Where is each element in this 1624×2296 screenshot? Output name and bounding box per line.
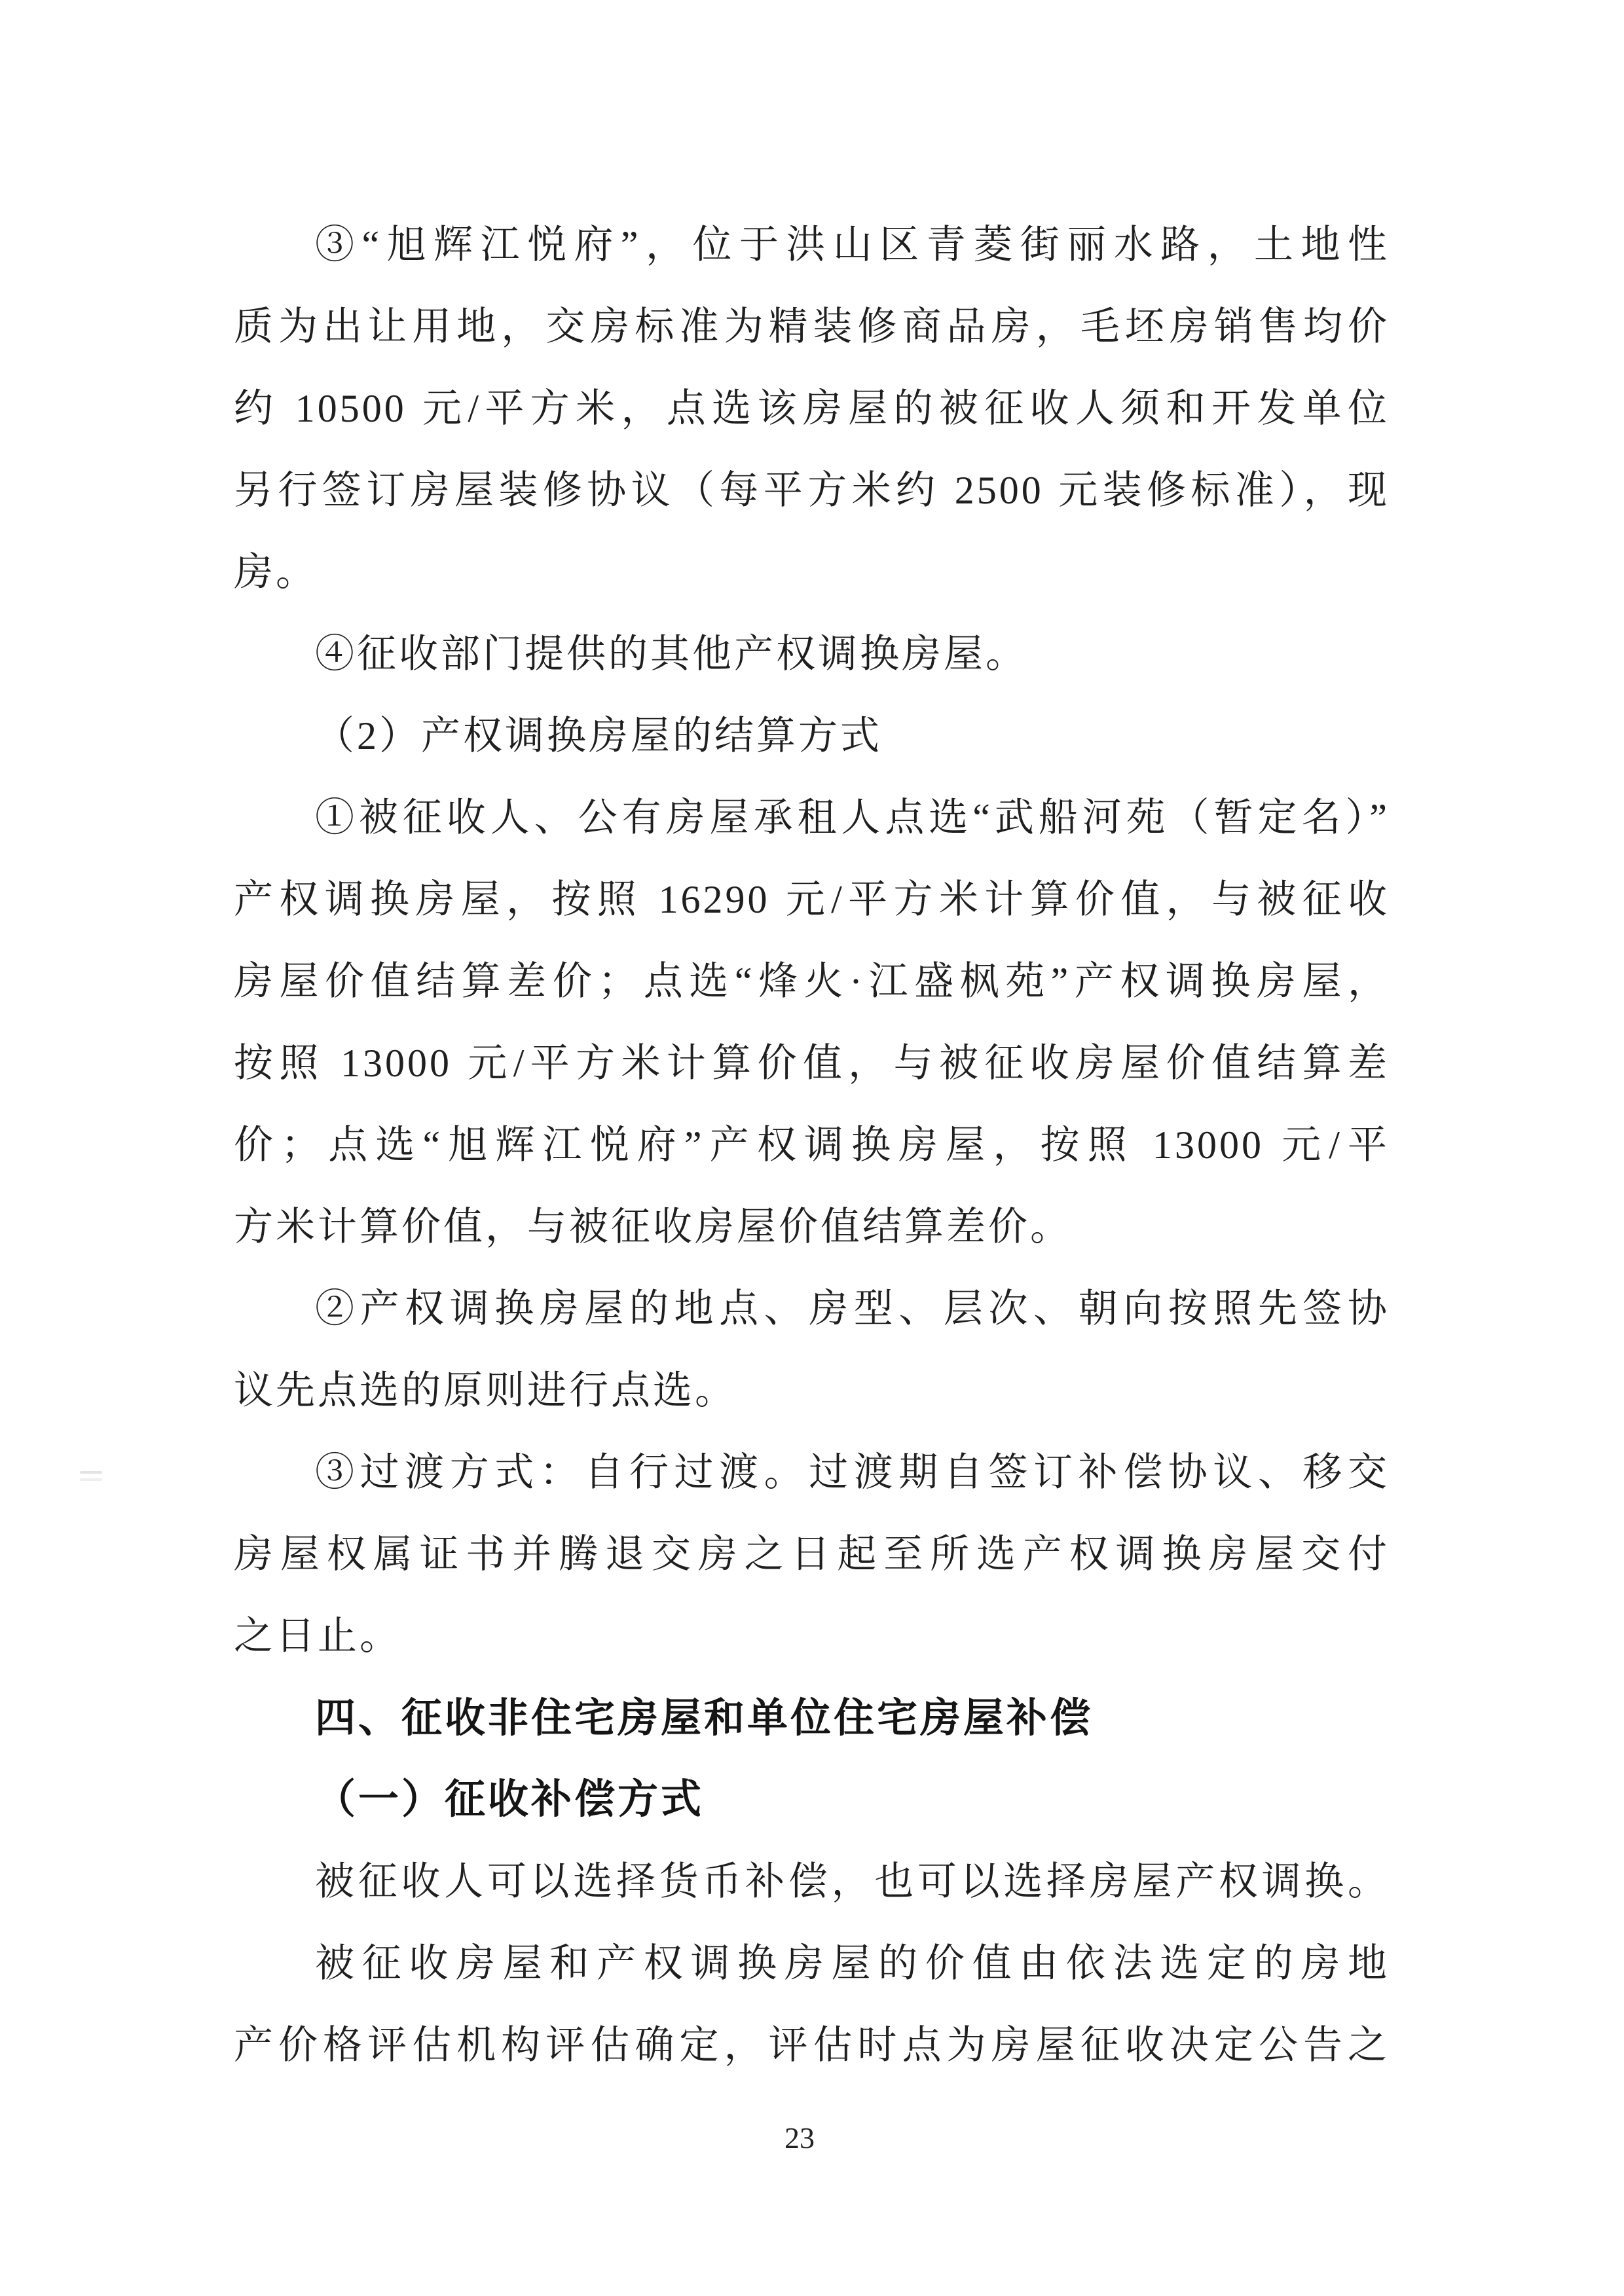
section-heading: 四、征收非住宅房屋和单位住宅房屋补偿 (234, 1677, 1390, 1759)
page-number: 23 (0, 2121, 1599, 2155)
body-line: 房。 (234, 532, 1390, 613)
body-line: 被征收人可以选择货币补偿，也可以选择房屋产权调换。 (234, 1841, 1390, 1923)
body-line: 之日止。 (234, 1595, 1390, 1677)
body-line: 房屋权属证书并腾退交房之日起至所选产权调换房屋交付 (234, 1514, 1390, 1595)
body-line: 质为出让用地，交房标准为精装修商品房，毛坯房销售均价 (234, 286, 1390, 368)
body-line: 房屋价值结算差价；点选“烽火·江盛枫苑”产权调换房屋， (234, 941, 1390, 1023)
document-page: ③“旭辉江悦府”，位于洪山区青菱街丽水路，土地性 质为出让用地，交房标准为精装修… (0, 0, 1624, 2296)
body-line: 议先点选的原则进行点选。 (234, 1350, 1390, 1432)
body-line: （2）产权调换房屋的结算方式 (234, 695, 1390, 777)
body-line: 约 10500 元/平方米，点选该房屋的被征收人须和开发单位 (234, 368, 1390, 450)
body-line: ④征收部门提供的其他产权调换房屋。 (234, 613, 1390, 695)
document-text-block: ③“旭辉江悦府”，位于洪山区青菱街丽水路，土地性 质为出让用地，交房标准为精装修… (234, 204, 1390, 2086)
body-line: 价；点选“旭辉江悦府”产权调换房屋，按照 13000 元/平 (234, 1104, 1390, 1186)
body-line: ②产权调换房屋的地点、房型、层次、朝向按照先签协 (234, 1268, 1390, 1350)
body-line: ①被征收人、公有房屋承租人点选“武船河苑（暂定名）” (234, 777, 1390, 859)
body-line: 方米计算价值，与被征收房屋价值结算差价。 (234, 1186, 1390, 1268)
subsection-heading: （一）征收补偿方式 (234, 1759, 1390, 1841)
body-line: 按照 13000 元/平方米计算价值，与被征收房屋价值结算差 (234, 1023, 1390, 1104)
body-line: 被征收房屋和产权调换房屋的价值由依法选定的房地 (234, 1923, 1390, 2005)
body-line: 另行签订房屋装修协议（每平方米约 2500 元装修标准），现 (234, 450, 1390, 532)
body-line: ③“旭辉江悦府”，位于洪山区青菱街丽水路，土地性 (234, 204, 1390, 286)
body-line: 产权调换房屋，按照 16290 元/平方米计算价值，与被征收 (234, 859, 1390, 941)
body-line: ③过渡方式：自行过渡。过渡期自签订补偿协议、移交 (234, 1432, 1390, 1514)
body-line: 产价格评估机构评估确定，评估时点为房屋征收决定公告之 (234, 2005, 1390, 2086)
scan-artifact-mark (80, 1471, 102, 1474)
